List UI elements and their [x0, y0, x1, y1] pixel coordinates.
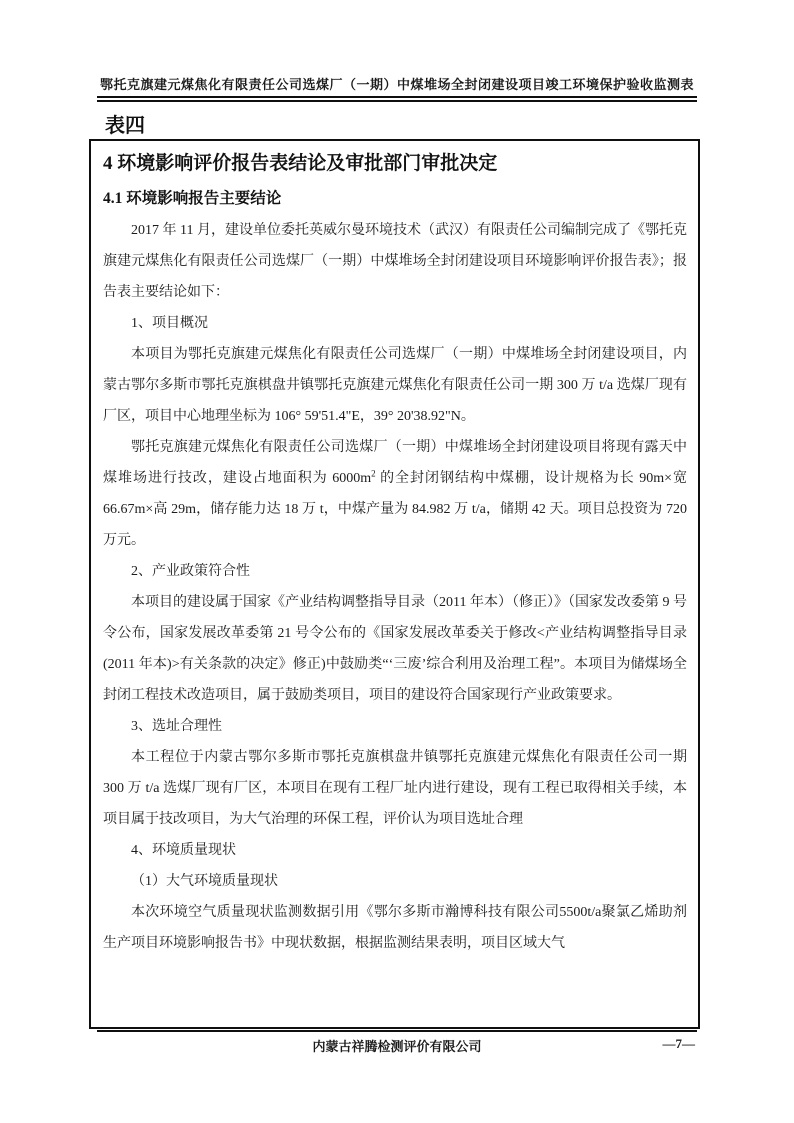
paragraph-intro: 2017 年 11 月，建设单位委托英威尔曼环境技术（武汉）有限责任公司编制完成…: [103, 215, 687, 308]
body-text: 2017 年 11 月，建设单位委托英威尔曼环境技术（武汉）有限责任公司编制完成…: [103, 215, 687, 959]
page-number: —7—: [663, 1036, 696, 1052]
item-3-title: 3、选址合理性: [103, 711, 687, 742]
header-title: 鄂托克旗建元煤焦化有限责任公司选煤厂（一期）中煤堆场全封闭建设项目竣工环境保护验…: [97, 74, 697, 93]
footer-company: 内蒙古祥腾检测评价有限公司: [97, 1036, 697, 1055]
content-box: 4 环境影响评价报告表结论及审批部门审批决定 4.1 环境影响报告主要结论 20…: [89, 139, 700, 1029]
item-1-title: 1、项目概况: [103, 308, 687, 339]
paragraph-site-selection: 本工程位于内蒙古鄂尔多斯市鄂托克旗棋盘井镇鄂托克旗建元煤焦化有限责任公司一期 3…: [103, 742, 687, 835]
page-footer: 内蒙古祥腾检测评价有限公司 —7—: [97, 1030, 697, 1055]
item-4-sub-1-title: （1）大气环境质量现状: [103, 866, 687, 897]
header-double-rule: [97, 96, 697, 102]
item-4-title: 4、环境质量现状: [103, 835, 687, 866]
paragraph-project-overview: 本项目为鄂托克旗建元煤焦化有限责任公司选煤厂（一期）中煤堆场全封闭建设项目，内蒙…: [103, 339, 687, 432]
section-heading: 4 环境影响评价报告表结论及审批部门审批决定: [103, 150, 687, 179]
paragraph-industrial-policy: 本项目的建设属于国家《产业结构调整指导目录（2011 年本）（修正）》（国家发改…: [103, 587, 687, 711]
item-2-title: 2、产业政策符合性: [103, 556, 687, 587]
table-label: 表四: [105, 109, 794, 138]
paragraph-tech-specs: 鄂托克旗建元煤焦化有限责任公司选煤厂（一期）中煤堆场全封闭建设项目将现有露天中煤…: [103, 432, 687, 556]
subsection-heading: 4.1 环境影响报告主要结论: [103, 188, 687, 210]
running-header: 鄂托克旗建元煤焦化有限责任公司选煤厂（一期）中煤堆场全封闭建设项目竣工环境保护验…: [97, 74, 697, 102]
document-page: 鄂托克旗建元煤焦化有限责任公司选煤厂（一期）中煤堆场全封闭建设项目竣工环境保护验…: [0, 0, 794, 1123]
paragraph-air-quality: 本次环境空气质量现状监测数据引用《鄂尔多斯市瀚博科技有限公司5500t/a聚氯乙…: [103, 897, 687, 959]
